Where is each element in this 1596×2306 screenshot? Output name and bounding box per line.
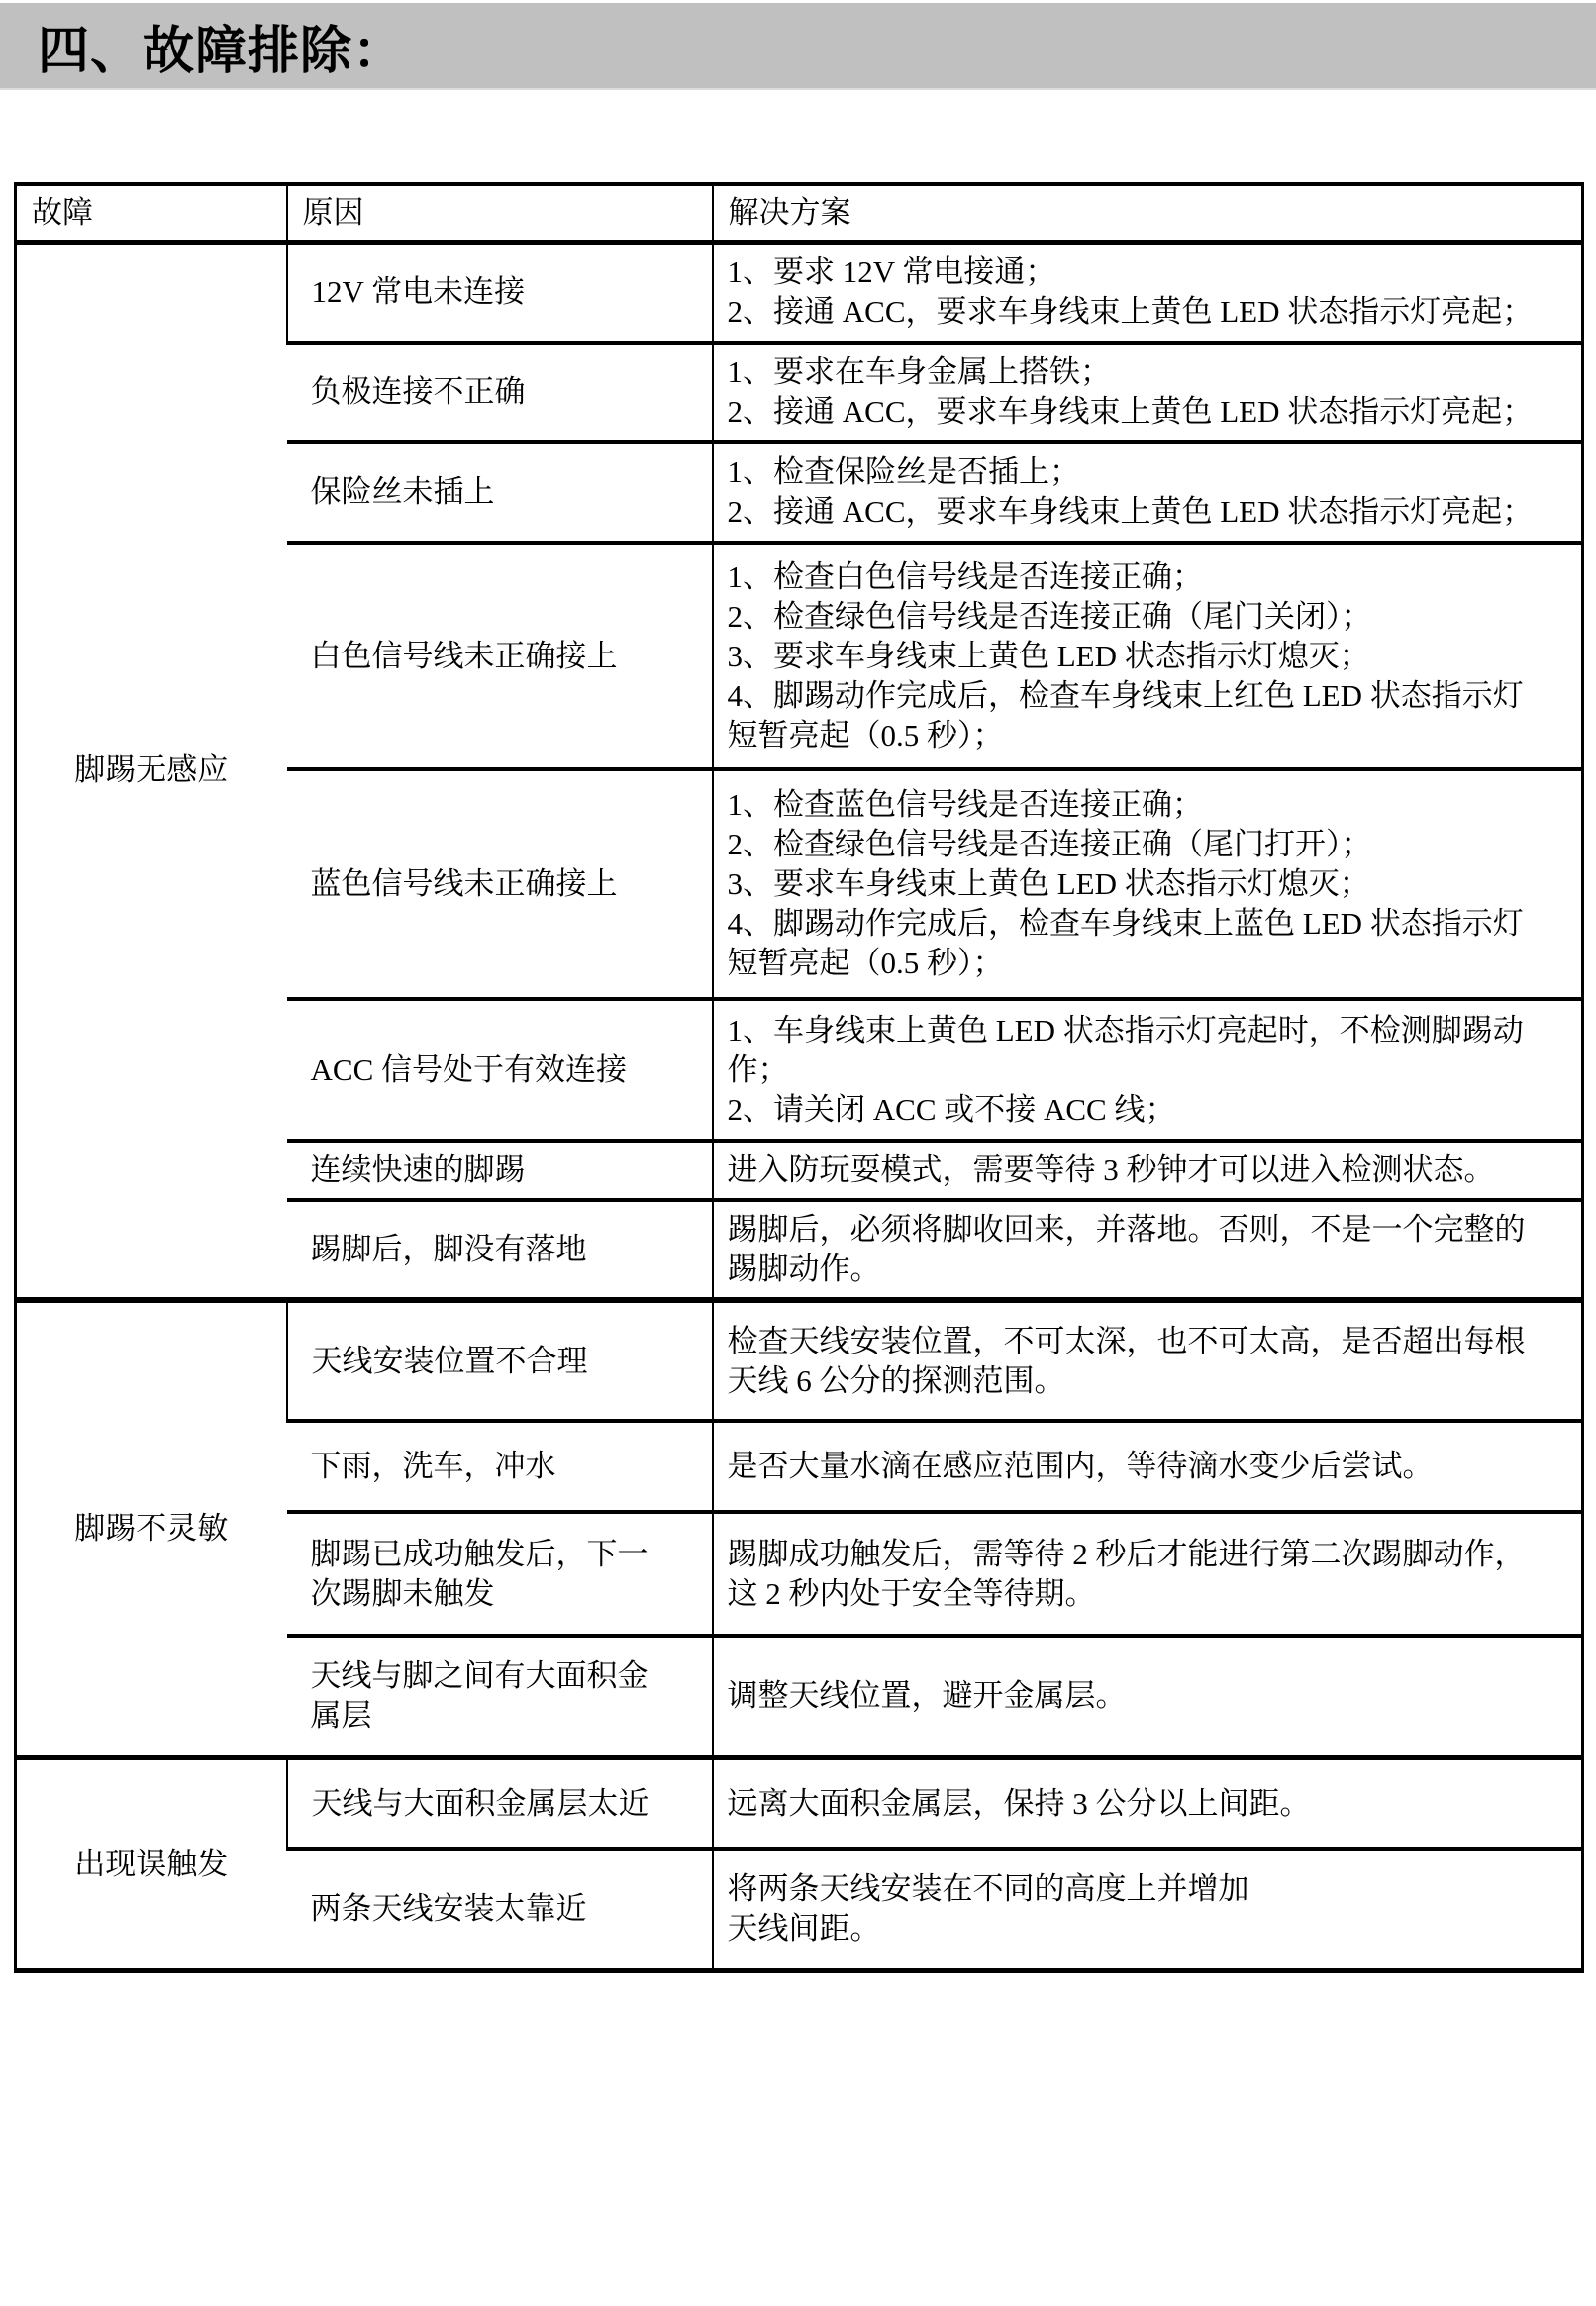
cause-cell: 两条天线安装太靠近 — [287, 1849, 713, 1970]
solution-column-header: 解决方案 — [713, 184, 1583, 242]
solution-cell: 调整天线位置，避开金属层。 — [713, 1636, 1583, 1757]
table-header-row: 故障 原因 解决方案 — [16, 184, 1583, 242]
title-banner: 四、故障排除： — [0, 3, 1596, 90]
solution-cell: 1、要求在车身金属上搭铁； 2、接通 ACC，要求车身线束上黄色 LED 状态指… — [713, 343, 1583, 442]
cause-cell: 负极连接不正确 — [287, 343, 713, 442]
solution-cell: 1、检查保险丝是否插上； 2、接通 ACC，要求车身线束上黄色 LED 状态指示… — [713, 442, 1583, 543]
cause-cell: 踢脚后，脚没有落地 — [287, 1200, 713, 1300]
solution-cell: 进入防玩耍模式，需要等待 3 秒钟才可以进入检测状态。 — [713, 1141, 1583, 1200]
cause-cell: ACC 信号处于有效连接 — [287, 999, 713, 1141]
table-row: 出现误触发天线与大面积金属层太近远离大面积金属层，保持 3 公分以上间距。 — [16, 1757, 1583, 1849]
cause-cell: 天线与脚之间有大面积金属层 — [287, 1636, 713, 1757]
solution-cell: 1、检查白色信号线是否连接正确； 2、检查绿色信号线是否连接正确（尾门关闭）； … — [713, 543, 1583, 769]
fault-column-header: 故障 — [16, 184, 287, 242]
cause-cell: 脚踢已成功触发后，下一次踢脚未触发 — [287, 1512, 713, 1636]
cause-cell: 12V 常电未连接 — [287, 242, 713, 343]
cause-cell: 白色信号线未正确接上 — [287, 543, 713, 769]
fault-cell: 出现误触发 — [16, 1757, 287, 1970]
solution-cell: 1、要求 12V 常电接通； 2、接通 ACC，要求车身线束上黄色 LED 状态… — [713, 242, 1583, 343]
troubleshooting-table: 故障 原因 解决方案 脚踢无感应12V 常电未连接1、要求 12V 常电接通； … — [14, 182, 1584, 1973]
cause-cell: 天线与大面积金属层太近 — [287, 1757, 713, 1849]
table-row: 脚踢无感应12V 常电未连接1、要求 12V 常电接通； 2、接通 ACC，要求… — [16, 242, 1583, 343]
table-body: 脚踢无感应12V 常电未连接1、要求 12V 常电接通； 2、接通 ACC，要求… — [16, 242, 1583, 1970]
solution-cell: 1、检查蓝色信号线是否连接正确； 2、检查绿色信号线是否连接正确（尾门打开）； … — [713, 769, 1583, 999]
fault-cell: 脚踢无感应 — [16, 242, 287, 1300]
fault-cell: 脚踢不灵敏 — [16, 1300, 287, 1757]
cause-cell: 天线安装位置不合理 — [287, 1300, 713, 1421]
solution-cell: 1、车身线束上黄色 LED 状态指示灯亮起时，不检测脚踢动作； 2、请关闭 AC… — [713, 999, 1583, 1141]
solution-cell: 检查天线安装位置，不可太深，也不可太高，是否超出每根天线 6 公分的探测范围。 — [713, 1300, 1583, 1421]
solution-cell: 踢脚后，必须将脚收回来，并落地。否则，不是一个完整的踢脚动作。 — [713, 1200, 1583, 1300]
solution-cell: 踢脚成功触发后，需等待 2 秒后才能进行第二次踢脚动作，这 2 秒内处于安全等待… — [713, 1512, 1583, 1636]
solution-cell: 远离大面积金属层，保持 3 公分以上间距。 — [713, 1757, 1583, 1849]
cause-cell: 蓝色信号线未正确接上 — [287, 769, 713, 999]
cause-column-header: 原因 — [287, 184, 713, 242]
table-row: 脚踢不灵敏天线安装位置不合理检查天线安装位置，不可太深，也不可太高，是否超出每根… — [16, 1300, 1583, 1421]
cause-cell: 下雨，洗车，冲水 — [287, 1421, 713, 1512]
cause-cell: 连续快速的脚踢 — [287, 1141, 713, 1200]
cause-cell: 保险丝未插上 — [287, 442, 713, 543]
page-title: 四、故障排除： — [0, 9, 405, 83]
solution-cell: 是否大量水滴在感应范围内，等待滴水变少后尝试。 — [713, 1421, 1583, 1512]
solution-cell: 将两条天线安装在不同的高度上并增加 天线间距。 — [713, 1849, 1583, 1970]
